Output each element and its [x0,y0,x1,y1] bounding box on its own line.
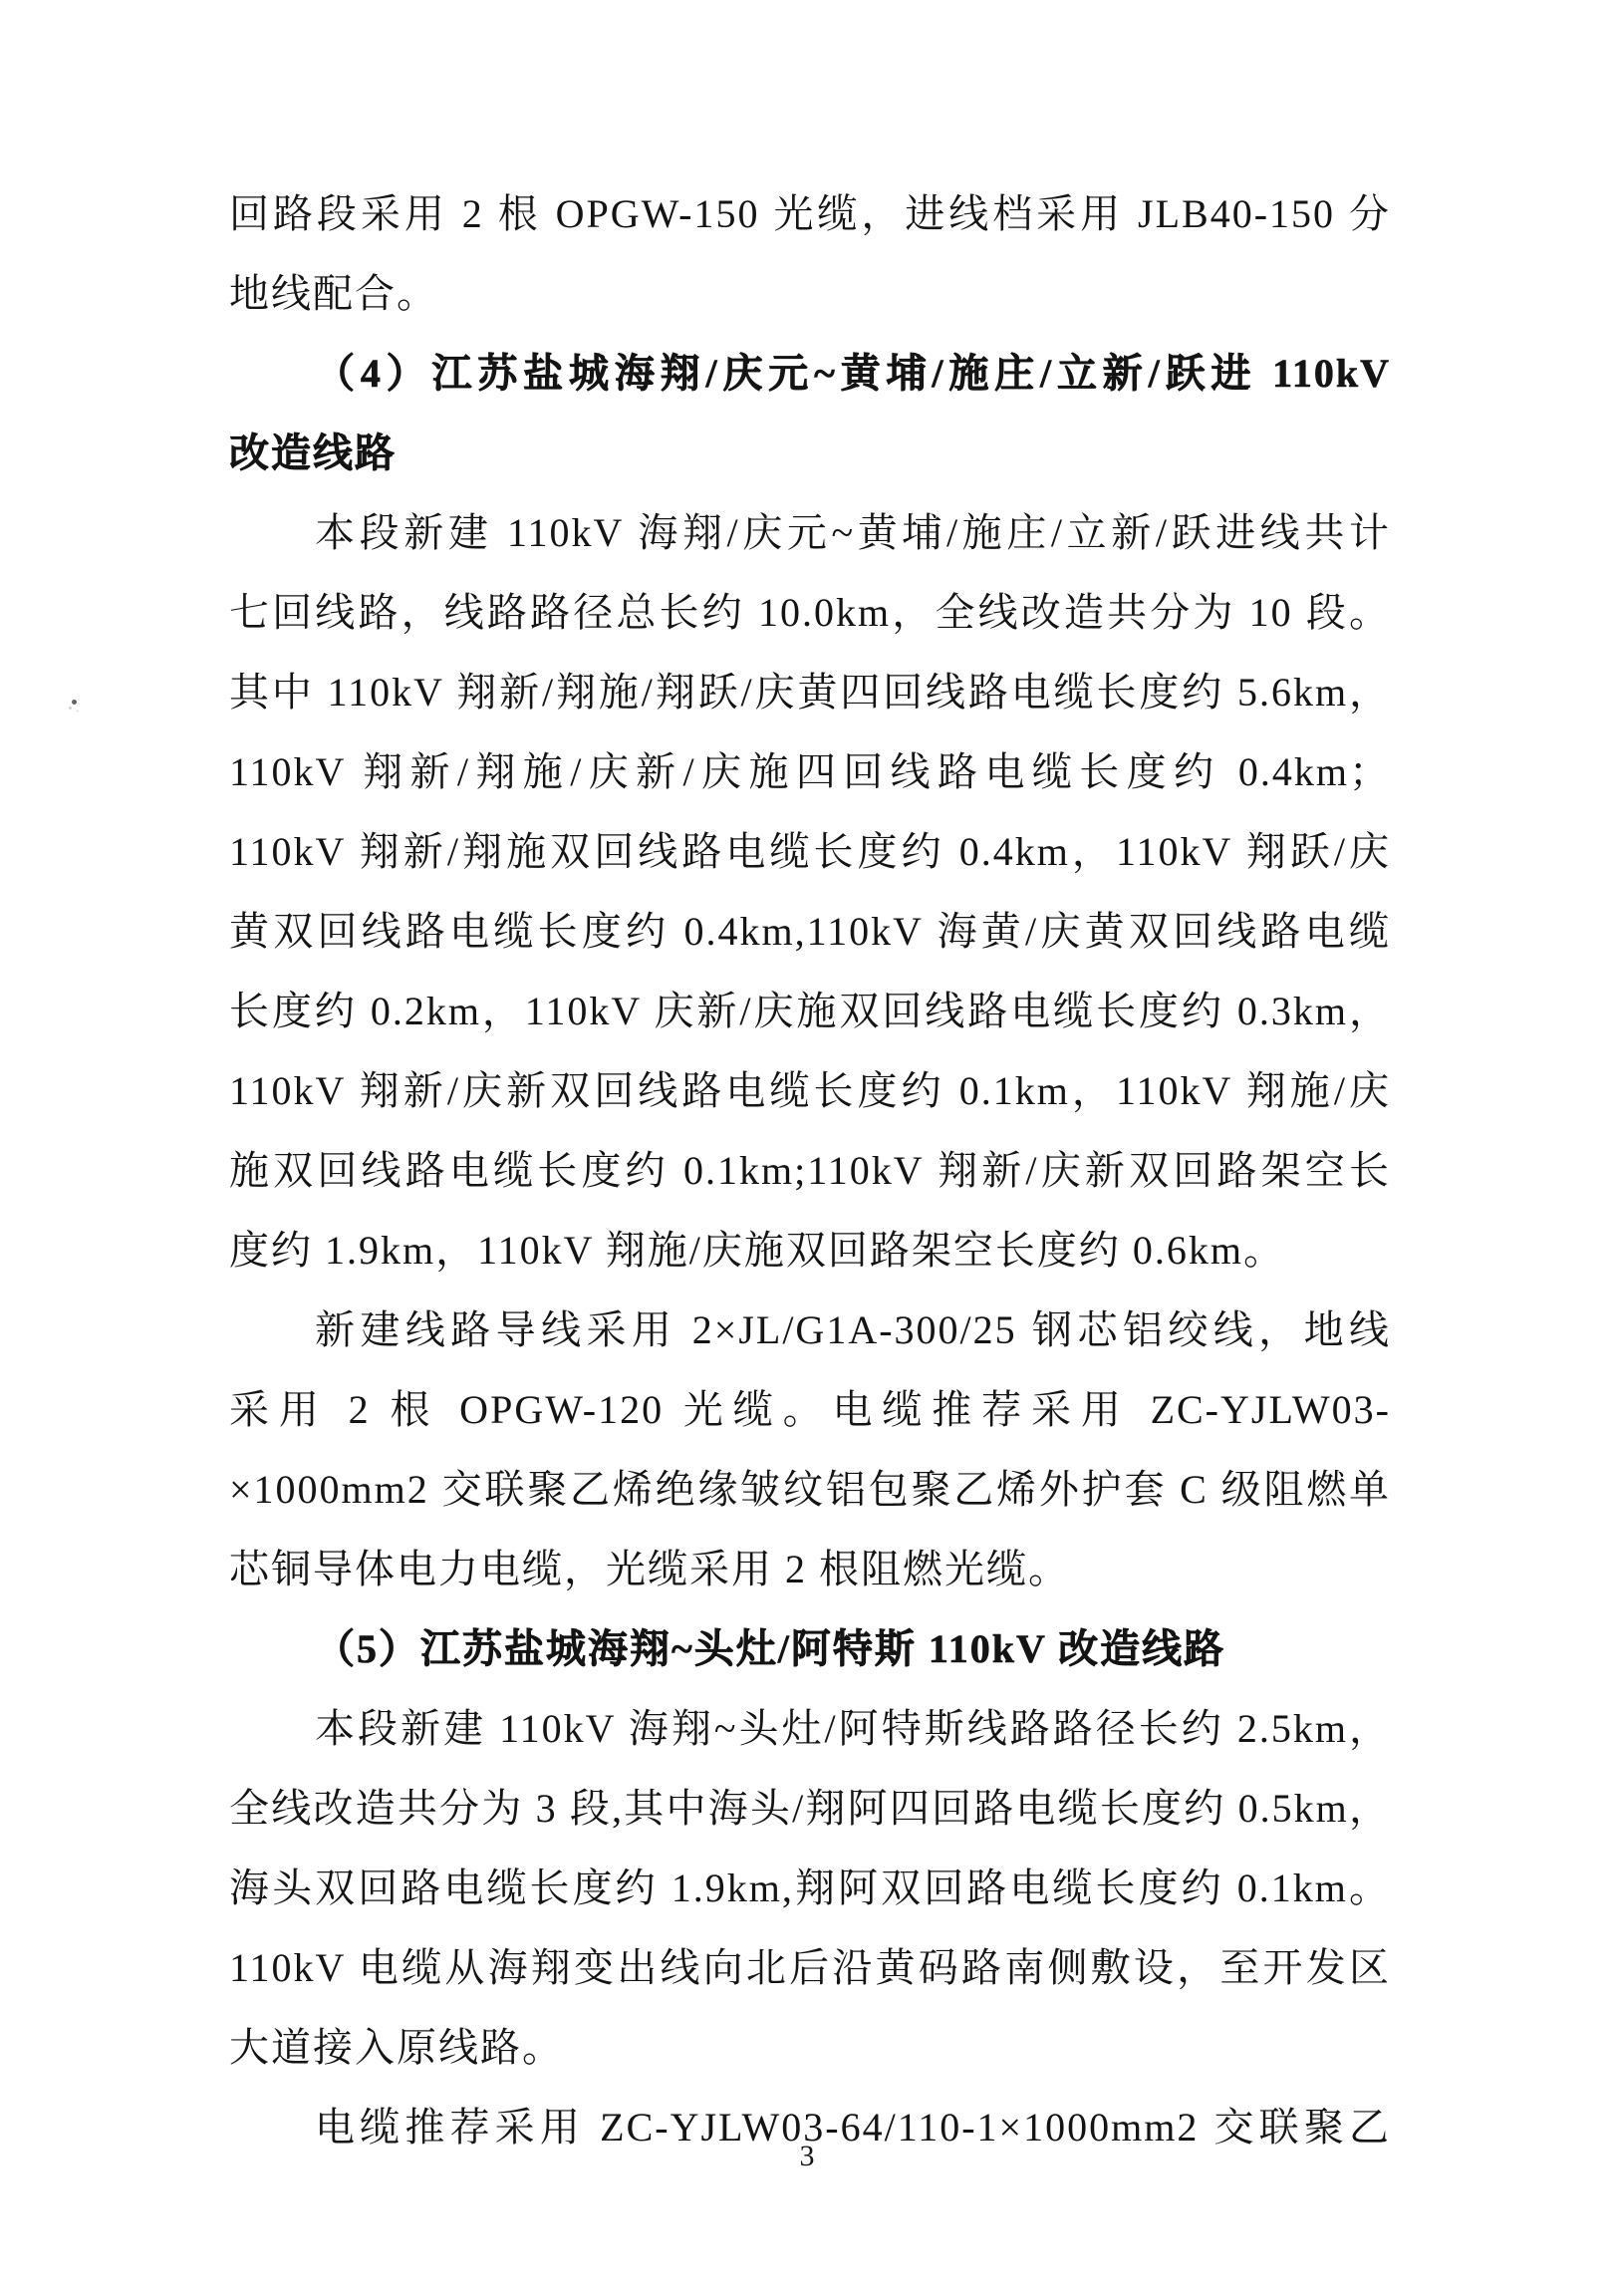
body-text-line: 110kV 翔新/翔施/庆新/庆施四回线路电缆长度约 0.4km； [229,732,1391,812]
body-text-line: 110kV 翔新/翔施双回线路电缆长度约 0.4km，110kV 翔跃/庆 [229,812,1391,892]
body-text-line: 海头双回路电缆长度约 1.9km,翔阿双回路电缆长度约 0.1km。 [229,1849,1391,1928]
body-text-line: 本段新建 110kV 海翔~头灶/阿特斯线路路径长约 2.5km， [229,1689,1391,1769]
document-page: 回路段采用 2 根 OPGW-150 光缆，进线档采用 JLB40-150 分流… [0,0,1614,2296]
body-text-line: 地线配合。 [229,254,1391,334]
body-text-line: 110kV 电缆从海翔变出线向北后沿黄码路南侧敷设，至开发区 [229,1928,1391,2008]
body-text-line: 度约 1.9km，110kV 翔施/庆施双回路架空长度约 0.6km。 [229,1211,1391,1291]
body-text-line: 大道接入原线路。 [229,2008,1391,2088]
body-text-line: 七回线路，线路路径总长约 10.0km，全线改造共分为 10 段。 [229,573,1391,653]
section-heading-line: 改造线路 [229,414,1391,493]
section-heading-line: （5）江苏盐城海翔~头灶/阿特斯 110kV 改造线路 [229,1609,1391,1689]
body-text-line: 其中 110kV 翔新/翔施/翔跃/庆黄四回线路电缆长度约 5.6km， [229,653,1391,732]
body-text-line: 回路段采用 2 根 OPGW-150 光缆，进线档采用 JLB40-150 分流 [229,174,1391,254]
body-text-line: 施双回线路电缆长度约 0.1km;110kV 翔新/庆新双回路架空长 [229,1131,1391,1211]
body-text-line: 本段新建 110kV 海翔/庆元~黄埔/施庄/立新/跃进线共计 [229,493,1391,573]
body-text-line: 采用 2 根 OPGW-120 光缆。电缆推荐采用 ZC-YJLW03-64/1… [229,1370,1391,1450]
document-text-block: 回路段采用 2 根 OPGW-150 光缆，进线档采用 JLB40-150 分流… [229,174,1391,2167]
body-text-line: 新建线路导线采用 2×JL/G1A-300/25 钢芯铝绞线，地线 [229,1291,1391,1370]
section-heading-line: （4）江苏盐城海翔/庆元~黄埔/施庄/立新/跃进 110kV [229,334,1391,414]
body-text-line: 芯铜导体电力电缆，光缆采用 2 根阻燃光缆。 [229,1530,1391,1609]
body-text-line: ×1000mm2 交联聚乙烯绝缘皱纹铝包聚乙烯外护套 C 级阻燃单 [229,1450,1391,1530]
scan-speck-artifact [72,700,77,705]
body-text-line: 长度约 0.2km，110kV 庆新/庆施双回线路电缆长度约 0.3km， [229,972,1391,1051]
page-number: 3 [0,2139,1614,2174]
body-text-line: 黄双回线路电缆长度约 0.4km,110kV 海黄/庆黄双回线路电缆 [229,892,1391,972]
body-text-line: 全线改造共分为 3 段,其中海头/翔阿四回路电缆长度约 0.5km， [229,1769,1391,1849]
body-text-line: 110kV 翔新/庆新双回线路电缆长度约 0.1km，110kV 翔施/庆 [229,1051,1391,1131]
